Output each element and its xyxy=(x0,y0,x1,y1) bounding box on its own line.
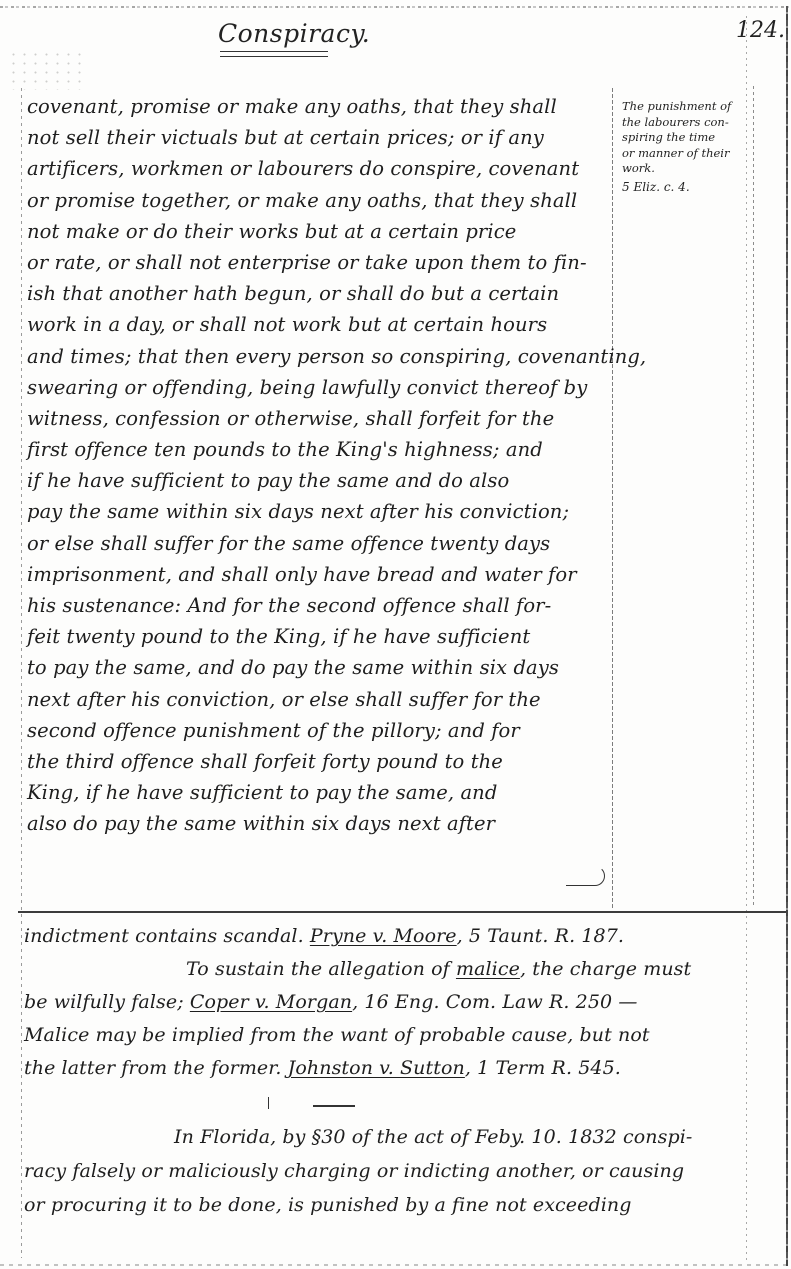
case-name: Pryne v. Moore xyxy=(310,925,457,947)
text-line: King, if he have sufficient to pay the s… xyxy=(27,777,612,808)
case-citation: , 5 Taunt. R. 187. xyxy=(457,925,624,947)
text-line: imprisonment, and shall only have bread … xyxy=(27,559,612,590)
text-line: To sustain the allegation of malice, the… xyxy=(24,953,754,986)
sidenote-column-rule-outer xyxy=(753,86,754,906)
text-line: also do pay the same within six days nex… xyxy=(27,808,612,839)
text-line: In Florida, by §30 of the act of Feby. 1… xyxy=(24,1120,754,1154)
sidenote-line: spiring the time xyxy=(622,130,752,146)
main-text-block: covenant, promise or make any oaths, tha… xyxy=(27,91,612,840)
text-line: or else shall suffer for the same offenc… xyxy=(27,528,612,559)
text-line: artificers, workmen or labourers do cons… xyxy=(27,153,612,184)
text-line: if he have sufficient to pay the same an… xyxy=(27,465,612,496)
text-line: second offence punishment of the pillory… xyxy=(27,715,612,746)
case-name: Coper v. Morgan xyxy=(190,991,352,1013)
text-line: or promise together, or make any oaths, … xyxy=(27,185,612,216)
text-line: indictment contains scandal. Pryne v. Mo… xyxy=(24,920,754,953)
text-line: the latter from the former. Johnston v. … xyxy=(24,1052,754,1085)
text-line: his sustenance: And for the second offen… xyxy=(27,590,612,621)
text-line: to pay the same, and do pay the same wit… xyxy=(27,652,612,683)
stray-mark xyxy=(268,1097,269,1109)
scan-edge-right xyxy=(786,6,788,1266)
text-line: racy falsely or maliciously charging or … xyxy=(24,1154,754,1188)
text-line: Malice may be implied from the want of p… xyxy=(24,1019,754,1052)
text-line: or procuring it to be done, is punished … xyxy=(24,1188,754,1222)
text-fragment: the latter from the former. xyxy=(24,1057,288,1079)
sidenote-line: The punishment of xyxy=(622,99,752,115)
text-line: not sell their victuals but at certain p… xyxy=(27,122,612,153)
text-line: first offence ten pounds to the King's h… xyxy=(27,434,612,465)
text-line: or rate, or shall not enterprise or take… xyxy=(27,247,612,278)
text-line: covenant, promise or make any oaths, tha… xyxy=(27,91,612,122)
text-line: be wilfully false; Coper v. Morgan, 16 E… xyxy=(24,986,754,1019)
text-line: the third offence shall forfeit forty po… xyxy=(27,746,612,777)
text-fragment: , the charge must xyxy=(520,958,691,980)
sidenote-line: or manner of their xyxy=(622,146,752,162)
case-citation: , 1 Term R. 545. xyxy=(465,1057,621,1079)
case-law-block: indictment contains scandal. Pryne v. Mo… xyxy=(24,920,754,1085)
sidenote-column-rule xyxy=(612,88,613,908)
text-line: work in a day, or shall not work but at … xyxy=(27,309,612,340)
text-line: feit twenty pound to the King, if he hav… xyxy=(27,621,612,652)
sidenote-line: the labourers con- xyxy=(622,115,752,131)
margin-sidenote: The punishment of the labourers con- spi… xyxy=(622,99,752,195)
case-name: Johnston v. Sutton xyxy=(288,1057,465,1079)
sidenote-line: work. xyxy=(622,161,752,177)
text-line: ish that another hath begun, or shall do… xyxy=(27,278,612,309)
scan-edge-top xyxy=(0,6,791,8)
text-line: next after his conviction, or else shall… xyxy=(27,684,612,715)
title-double-underline xyxy=(220,51,328,57)
line-end-flourish xyxy=(566,866,605,886)
text-fragment: be wilfully false; xyxy=(24,991,190,1013)
sidenote-citation: 5 Eliz. c. 4. xyxy=(622,180,752,196)
paragraph-divider xyxy=(313,1105,355,1107)
scan-noise xyxy=(8,50,88,90)
florida-statute-block: In Florida, by §30 of the act of Feby. 1… xyxy=(24,1120,754,1222)
page-number: 124. xyxy=(736,18,785,43)
scan-edge-bottom xyxy=(0,1264,791,1266)
text-line: not make or do their works but at a cert… xyxy=(27,216,612,247)
section-divider xyxy=(18,911,786,913)
left-margin-rule xyxy=(21,88,22,1258)
case-citation: , 16 Eng. Com. Law R. 250 — xyxy=(352,991,637,1013)
text-fragment: To sustain the allegation of xyxy=(186,958,456,980)
manuscript-page: Conspiracy. 124. covenant, promise or ma… xyxy=(0,0,791,1269)
emphasized-term: malice xyxy=(456,958,520,980)
text-fragment: indictment contains scandal. xyxy=(24,925,310,947)
text-line: witness, confession or otherwise, shall … xyxy=(27,403,612,434)
text-line: and times; that then every person so con… xyxy=(27,341,612,372)
page-title: Conspiracy. xyxy=(218,19,370,48)
text-line: pay the same within six days next after … xyxy=(27,496,612,527)
text-line: swearing or offending, being lawfully co… xyxy=(27,372,612,403)
